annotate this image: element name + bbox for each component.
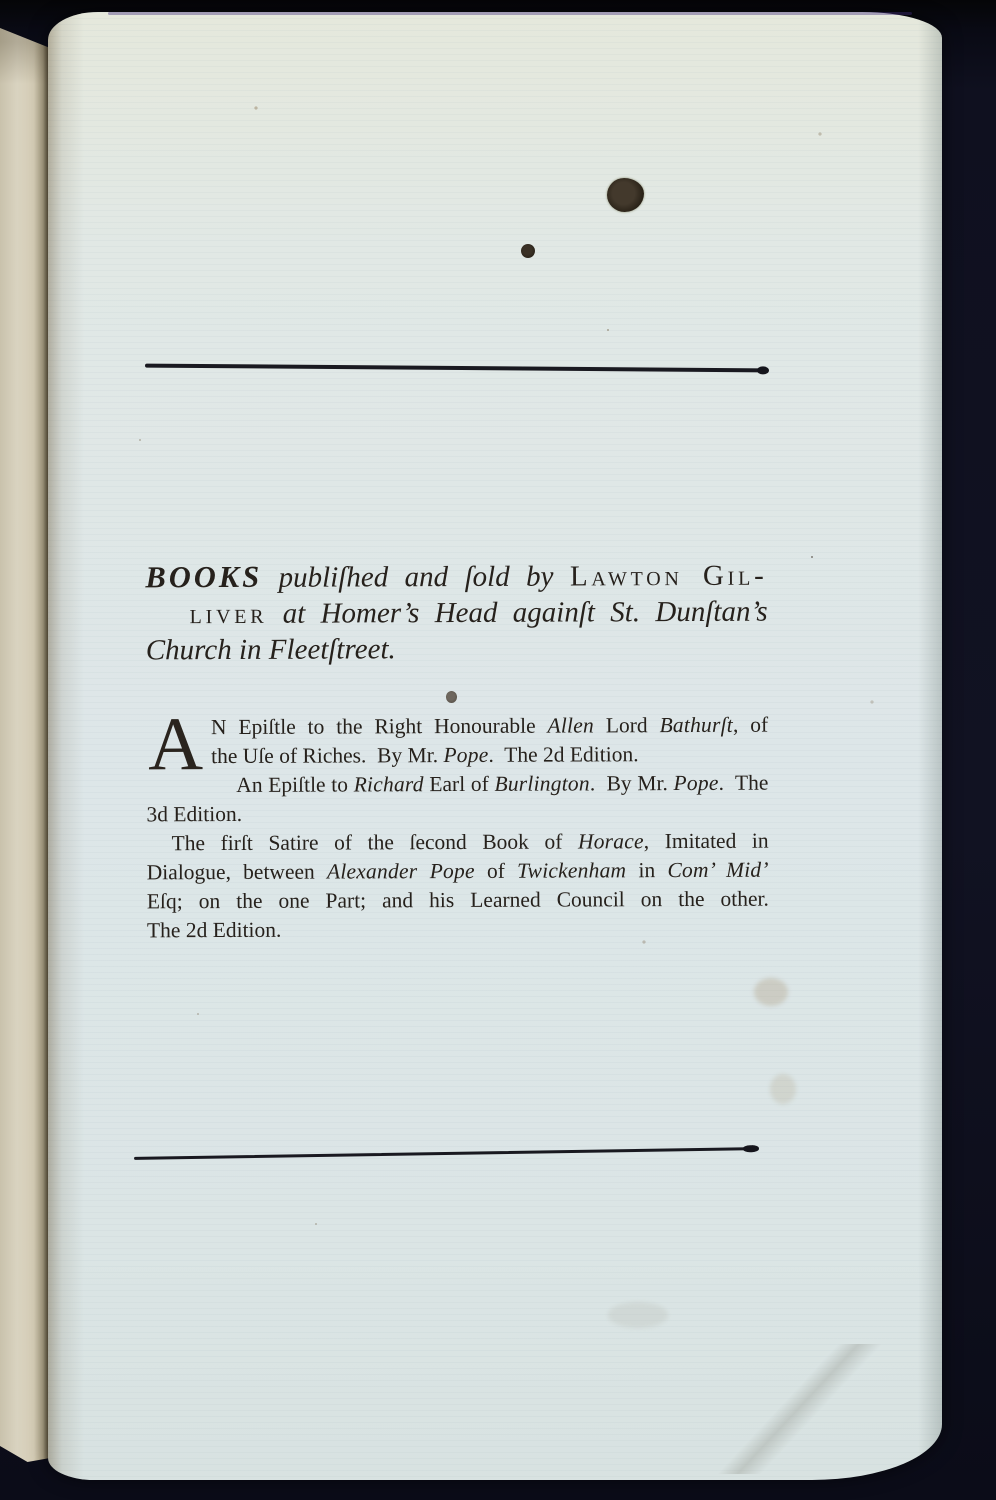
text-line: Eſq; on the one Part; and his Learned Co…	[147, 885, 769, 917]
text-line: the Uſe of Riches. By Mr. Pope. The 2d E…	[146, 740, 768, 772]
photo-background: BOOKS publiſhed and ſold by Lawton Gil- …	[0, 0, 996, 1500]
text-line: The firſt Satire of the ſecond Book of H…	[147, 827, 769, 859]
book-list: A N Epiſtle to the Right Honourable Alle…	[146, 711, 769, 946]
foxing-stain	[770, 1074, 796, 1104]
drop-cap: A	[148, 715, 203, 773]
corner-fold-shadow	[688, 1344, 908, 1474]
ink-dot	[446, 691, 457, 703]
top-rule	[145, 364, 766, 373]
text-line: 3d Edition.	[146, 798, 768, 830]
ink-dot	[521, 244, 535, 258]
text-line: The 2d Edition.	[147, 914, 769, 946]
imprint-heading: BOOKS publiſhed and ſold by Lawton Gil- …	[145, 557, 767, 669]
heading-line: BOOKS publiſhed and ſold by Lawton Gil-	[145, 557, 767, 597]
text-line: Dialogue, between Alexander Pope of Twic…	[147, 856, 769, 888]
page-content: BOOKS publiſhed and ſold by Lawton Gil- …	[143, 11, 765, 14]
text-line: An Epiſtle to Richard Earl of Burlington…	[146, 769, 768, 801]
heading-line: Church in Fleetſtreet.	[146, 630, 768, 669]
heading-line: liver at Homer’s Head againſt St. Dunſta…	[146, 594, 768, 633]
foxing-stain	[754, 978, 788, 1006]
foxing-stain	[608, 1302, 668, 1328]
facing-page-edge	[0, 24, 50, 1462]
text-line: N Epiſtle to the Right Honourable Allen …	[146, 711, 768, 743]
book-page: BOOKS publiſhed and ſold by Lawton Gil- …	[48, 12, 942, 1480]
ink-blot	[607, 178, 644, 212]
bottom-rule	[134, 1147, 757, 1160]
